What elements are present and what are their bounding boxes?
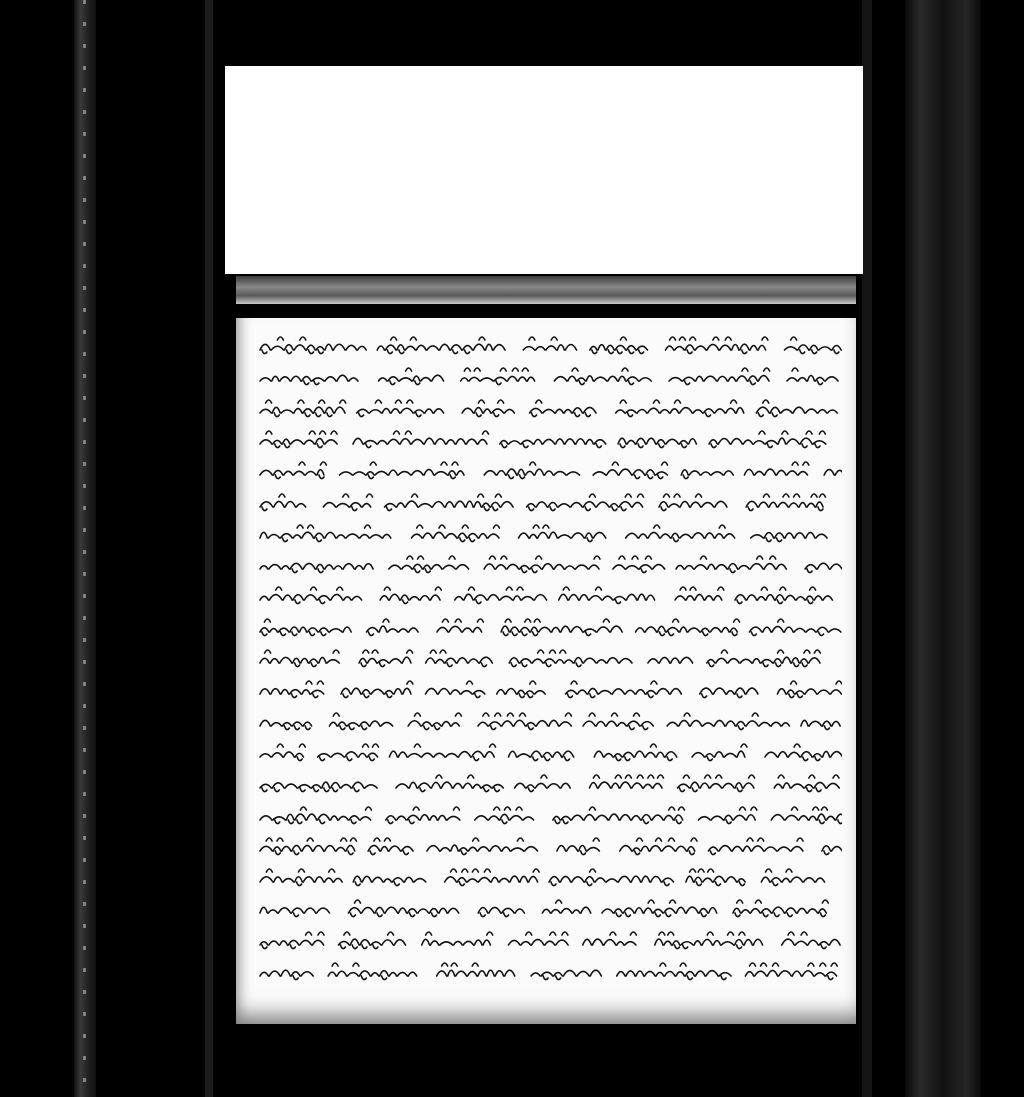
manuscript-line: [handwritten line 5] bbox=[258, 457, 842, 483]
manuscript-line: [handwritten line 14] bbox=[258, 739, 842, 765]
manuscript-line: [handwritten line 9] bbox=[258, 582, 842, 608]
blank-card bbox=[225, 66, 863, 274]
manuscript-line: [handwritten line 17] bbox=[258, 833, 842, 859]
manuscript-line: [handwritten line 2] bbox=[258, 363, 842, 389]
manuscript-line: [handwritten line 6] bbox=[258, 489, 842, 515]
manuscript-line: [handwritten line 7] bbox=[258, 520, 842, 546]
manuscript-line: [handwritten line 15] bbox=[258, 770, 842, 796]
manuscript-line: [handwritten line 16] bbox=[258, 802, 842, 828]
manuscript-line: [handwritten line 4] bbox=[258, 426, 842, 452]
manuscript-line: [handwritten line 21] bbox=[258, 958, 842, 984]
film-strip-right bbox=[905, 0, 981, 1097]
film-strip-left bbox=[74, 0, 96, 1097]
manuscript-line: [handwritten line 19] bbox=[258, 895, 842, 921]
manuscript-line: [handwritten line 13] bbox=[258, 708, 842, 734]
manuscript-page: [handwritten line 1][handwritten line 2]… bbox=[236, 318, 856, 1024]
page-fold-shadow bbox=[236, 276, 856, 304]
manuscript-line: [handwritten line 18] bbox=[258, 864, 842, 890]
manuscript-line: [handwritten line 10] bbox=[258, 614, 842, 640]
film-edge-left bbox=[205, 0, 213, 1097]
film-edge-right bbox=[862, 0, 872, 1097]
manuscript-line: [handwritten line 11] bbox=[258, 645, 842, 671]
manuscript-line: [handwritten line 20] bbox=[258, 927, 842, 953]
manuscript-line: [handwritten line 12] bbox=[258, 676, 842, 702]
manuscript-line: [handwritten line 3] bbox=[258, 395, 842, 421]
manuscript-line: [handwritten line 1] bbox=[258, 332, 842, 358]
manuscript-line: [handwritten line 8] bbox=[258, 551, 842, 577]
